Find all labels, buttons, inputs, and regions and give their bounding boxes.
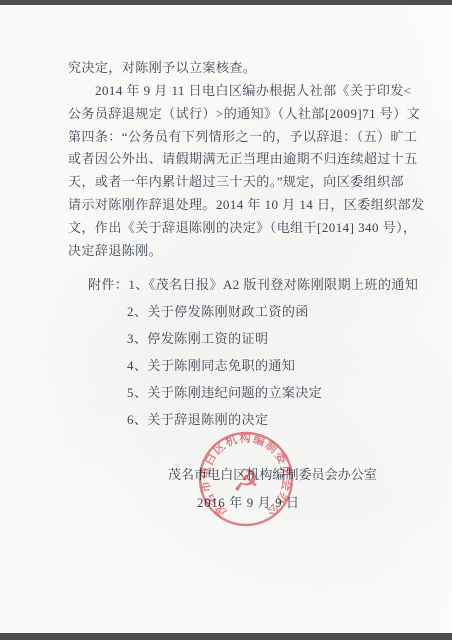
attachment-list: 附件：1、《茂名日报》A2 版刊登对陈刚限期上班的通知 2、关于停发陈刚财政工资… bbox=[88, 271, 418, 433]
hammer-sickle-emblem-icon: ☭ bbox=[233, 464, 260, 499]
attachment-item-3: 3、停发陈刚工资的证明 bbox=[88, 325, 418, 352]
body-line-6: 天，或者一年内累计超过三十天的。”规定，向区委组织部 bbox=[68, 171, 398, 194]
scan-edge-top bbox=[0, 0, 452, 5]
scanned-document-page: 究决定，对陈刚予以立案核查。 2014 年 9 月 11 日电白区编办根据人社部… bbox=[0, 0, 452, 640]
document-body: 究决定，对陈刚予以立案核查。 2014 年 9 月 11 日电白区编办根据人社部… bbox=[68, 57, 398, 263]
attachment-item-2: 2、关于停发陈刚财政工资的函 bbox=[88, 298, 418, 325]
body-line-8: 文，作出《关于辞退陈刚的决定》（电组干[2014] 340 号）， bbox=[68, 217, 398, 240]
body-line-9: 决定辞退陈刚。 bbox=[68, 240, 398, 263]
attachment-item-1: 附件：1、《茂名日报》A2 版刊登对陈刚限期上班的通知 bbox=[88, 271, 418, 298]
attachment-item-5: 5、关于陈刚违纪问题的立案决定 bbox=[88, 379, 418, 406]
attachment-label: 附件： bbox=[88, 277, 128, 292]
body-line-4: 第四条：“公务员有下列情形之一的，予以辞退：（五）旷工 bbox=[68, 126, 398, 149]
official-seal-stamp: 茂名市电白区机构编制委员会办公室 ☭ bbox=[186, 419, 306, 539]
body-line-2: 2014 年 9 月 11 日电白区编办根据人社部《关于印发< bbox=[68, 80, 398, 103]
body-line-3: 公务员辞退规定（试行）>的通知》（人社部[2009]71 号）文 bbox=[68, 103, 398, 126]
attachment-item-4: 4、关于陈刚同志免职的通知 bbox=[88, 352, 418, 379]
body-line-7: 请示对陈刚作辞退处理。2014 年 10 月 14 日，区委组织部发 bbox=[68, 194, 398, 217]
attachment-item-1-text: 1、《茂名日报》A2 版刊登对陈刚限期上班的通知 bbox=[128, 277, 418, 292]
scan-edge-bottom bbox=[0, 633, 452, 640]
body-line-5: 或者因公外出、请假期满无正当理由逾期不归连续超过十五 bbox=[68, 148, 398, 171]
body-line-1: 究决定，对陈刚予以立案核查。 bbox=[68, 57, 398, 80]
